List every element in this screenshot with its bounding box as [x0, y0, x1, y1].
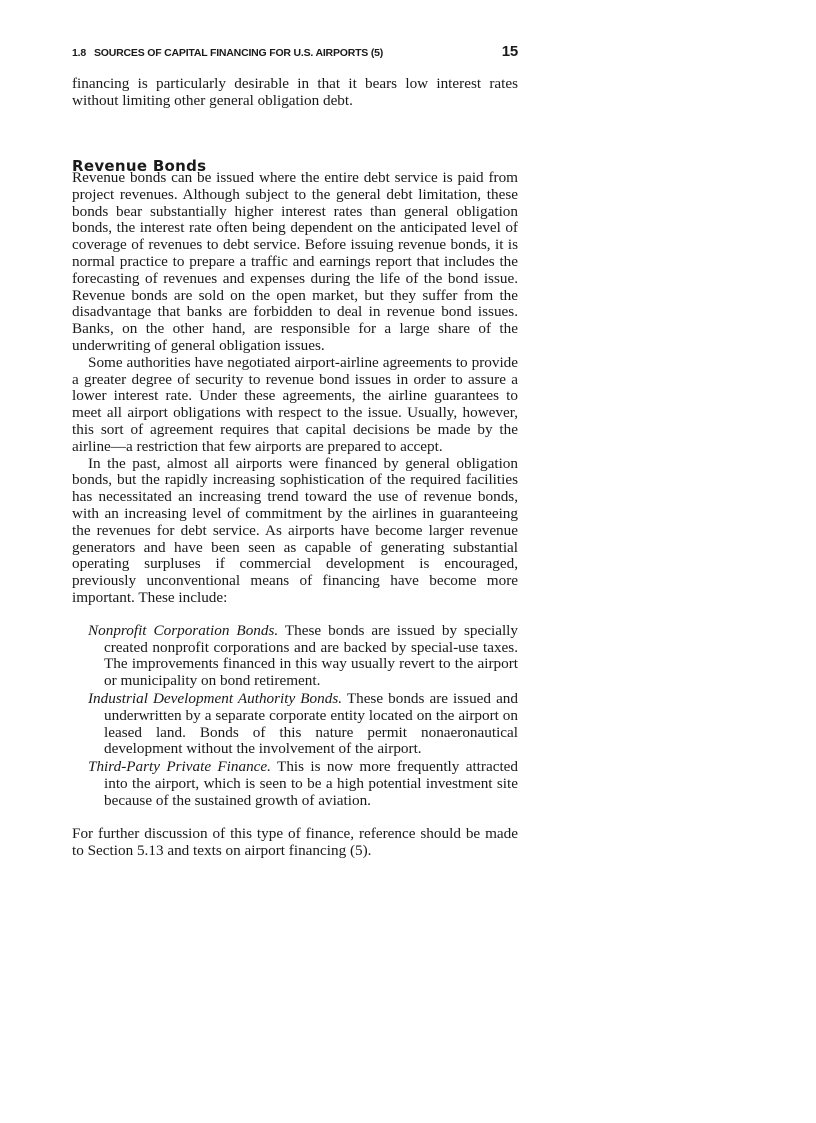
running-head: 1.8SOURCES OF CAPITAL FINANCING FOR U.S.…	[72, 43, 518, 63]
list-item: Nonprofit Corporation Bonds. These bonds…	[72, 623, 518, 690]
section-body: Revenue bonds can be issued where the en…	[72, 170, 518, 860]
paragraph: Some authorities have negotiated airport…	[72, 355, 518, 456]
financing-types-list: Nonprofit Corporation Bonds. These bonds…	[72, 623, 518, 810]
closing-paragraph: For further discussion of this type of f…	[72, 826, 518, 860]
paragraph: Revenue bonds can be issued where the en…	[72, 170, 518, 355]
list-item-term: Nonprofit Corporation Bonds.	[88, 622, 278, 639]
continuation-paragraph: financing is particularly desirable in t…	[72, 76, 518, 110]
page-number: 15	[502, 43, 518, 60]
list-item-term: Industrial Development Authority Bonds.	[88, 690, 342, 707]
running-head-section: 1.8SOURCES OF CAPITAL FINANCING FOR U.S.…	[72, 47, 383, 59]
list-item-term: Third-Party Private Finance.	[88, 758, 271, 775]
section-number: 1.8	[72, 47, 86, 59]
section-title: SOURCES OF CAPITAL FINANCING FOR U.S. AI…	[94, 47, 383, 59]
paragraph: In the past, almost all airports were fi…	[72, 456, 518, 607]
list-item: Industrial Development Authority Bonds. …	[72, 691, 518, 758]
list-item: Third-Party Private Finance. This is now…	[72, 759, 518, 809]
